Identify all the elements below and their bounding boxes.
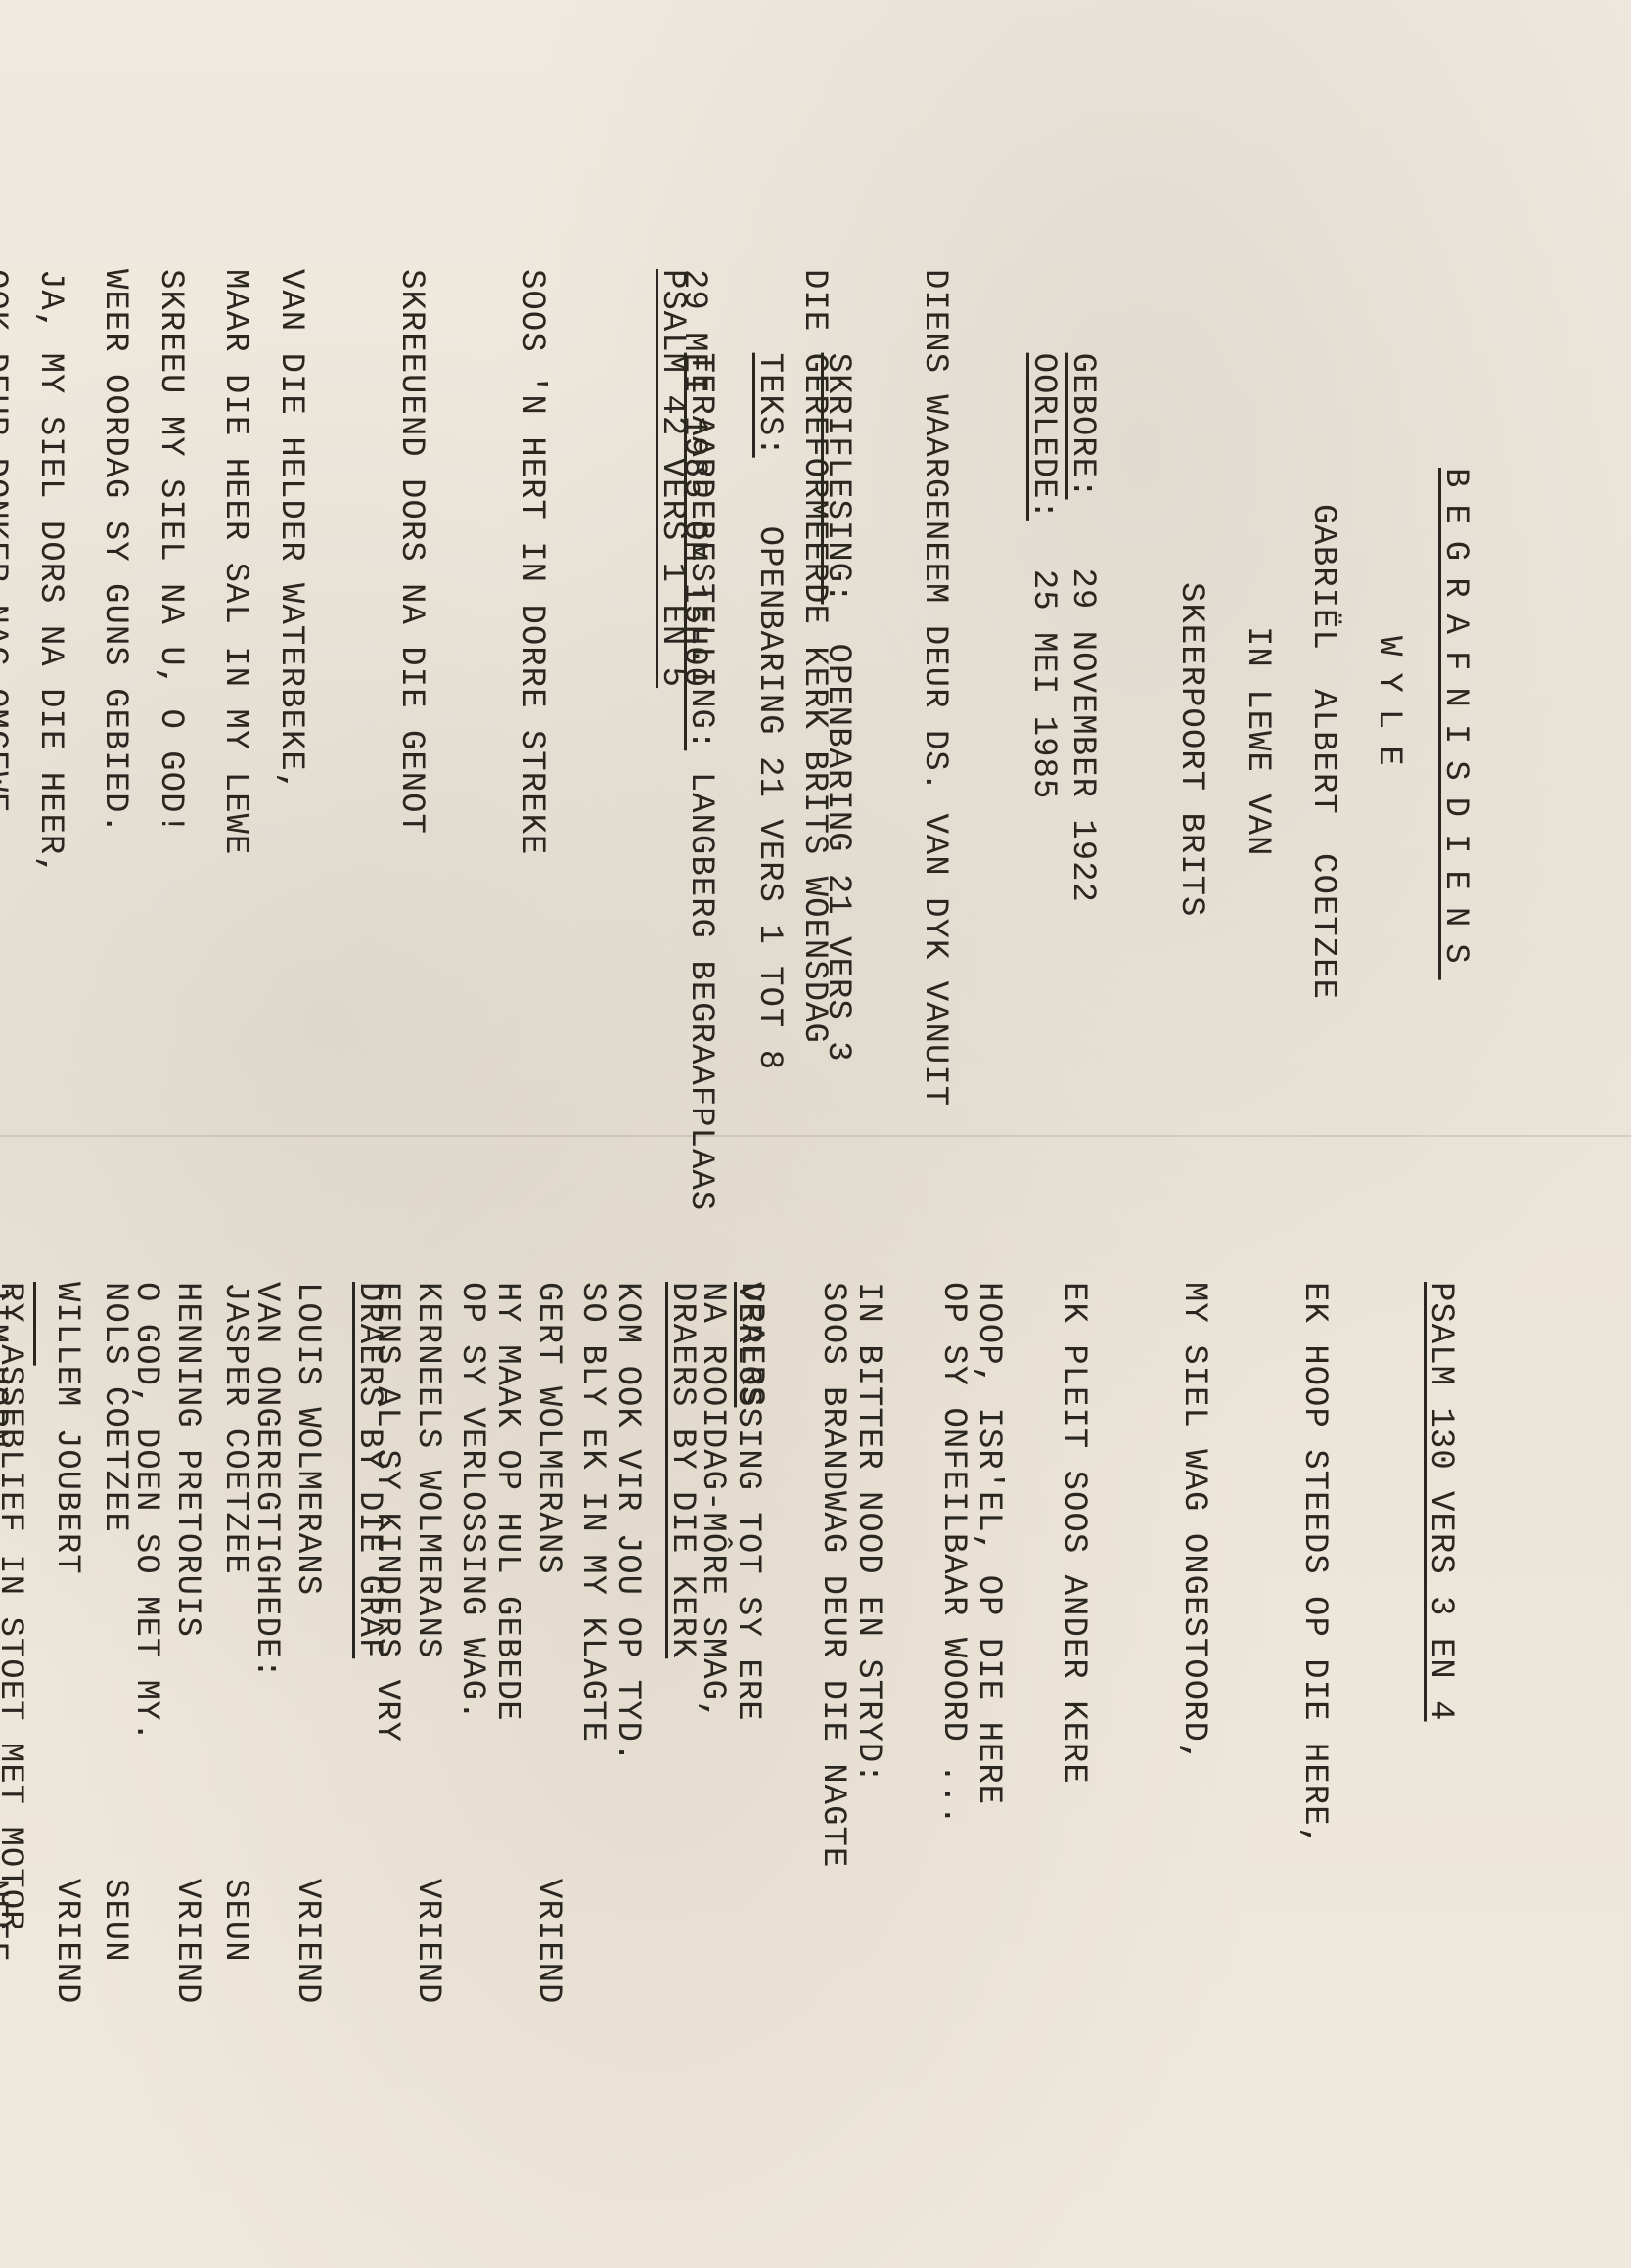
verse-line: HOOP, ISR'EL, OP DIE HERE <box>968 1282 1008 1805</box>
funeral-program-sheet: BEGRAFNISDIENS WYLE GABRIËL ALBERT COETZ… <box>0 0 1631 2268</box>
bearers-church-heading: DRAERS BY DIE KERK <box>661 1282 702 1658</box>
verse-line: SOOS 'N HERT IN DORRE STREKE <box>511 269 551 981</box>
verse-line: OOK DEUR DONKER NAG OMGEWE, <box>0 269 14 855</box>
psalm42-heading: PSALM 42 VERS 1 EN 5 <box>652 269 692 688</box>
service-line: DIENS WAARGENEEM DEUR DS. VAN DYK VANUIT <box>914 269 954 1107</box>
verse-line: MAAR DIE HEER SAL IN MY LEWE <box>214 269 254 855</box>
verse-line: IN BITTER NOOD EN STRYD: <box>847 1282 887 1805</box>
bearer-row: KERNEELS WOLMERANSVRIEND <box>407 1282 447 2004</box>
psalm42-verse5: MAAR DIE HEER SAL IN MY LEWE WEER OORDAG… <box>0 269 335 855</box>
footer-line: RY ASSEBLIEF IN STOET MET MOTOR <box>0 1282 29 1931</box>
paper-fold-line <box>0 1135 1631 1137</box>
residence: SKEERPOORT BRITS <box>1170 582 1210 917</box>
document-title: BEGRAFNISDIENS <box>1434 468 1474 980</box>
footer-note: RY ASSEBLIEF IN STOET MET MOTOR HOOFLIGT… <box>0 1282 110 1931</box>
bearers-grave-heading: DRAERS BY DIE GRAF <box>348 1282 388 1658</box>
deceased-name: GABRIËL ALBERT COETZEE <box>1302 504 1342 1000</box>
bearers-heading: DRAERS <box>730 1282 770 1407</box>
bearer-row: JASPER COETZEESEUN <box>214 1282 254 2067</box>
verse-line: MY SIEL WAG ONGESTOORD, <box>1173 1282 1213 1868</box>
psalm130-heading: PSALM 130 VERS 3 EN 4 <box>1420 1282 1460 1721</box>
verse-line: SKREEUEND DORS NA DIE GENOT <box>390 269 430 981</box>
interment-value: LANGBERG BEGRAAFPLAAS <box>682 772 719 1211</box>
verse-line: EK HOOP STEEDS OP DIE HERE, <box>1293 1282 1334 1868</box>
subtitle: WYLE <box>1368 636 1408 783</box>
verse-line: WEER OORDAG SY GUNS GEBIED. <box>94 269 134 855</box>
bearer-row: GERT WOLMERANSVRIEND <box>527 1282 567 2004</box>
in-life-label: IN LEWE VAN <box>1237 626 1277 856</box>
